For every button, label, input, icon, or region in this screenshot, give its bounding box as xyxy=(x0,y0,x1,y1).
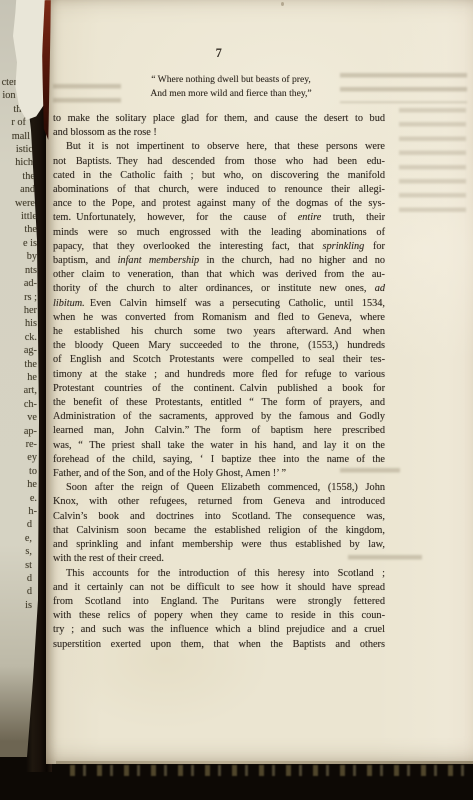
page-fragment: art, xyxy=(0,384,40,397)
text-line: abominations of that church, were induce… xyxy=(53,183,385,197)
italic-phrase: infant membership xyxy=(118,255,200,266)
text-run: Calvin’s book and doctrines into Scotlan… xyxy=(53,511,385,522)
epigraph: “ Where nothing dwell but beasts of prey… xyxy=(65,73,397,101)
italic-phrase: ad xyxy=(375,283,385,294)
text-line: was, “ The priest shall take the water i… xyxy=(53,439,385,453)
text-run: and it certainly can not be difficult to… xyxy=(53,582,385,593)
text-run: when he was converted from Romanism and … xyxy=(53,312,385,323)
text-line: But it is not impertinent to observe her… xyxy=(53,140,385,154)
text-line: Administration of the sacraments, approv… xyxy=(53,410,385,424)
page-fragment: ittle xyxy=(0,210,40,223)
text-line: baptism, and infant membership in the ch… xyxy=(53,254,385,268)
body-text: to make the solitary place glad for them… xyxy=(53,112,385,652)
text-run: minds were so much engrossed with the le… xyxy=(53,227,385,238)
text-run: was, “ The priest shall take the water i… xyxy=(53,440,385,451)
page-fragment: rs ; xyxy=(0,291,40,304)
page-fragment: ag- xyxy=(0,344,40,357)
epigraph-line: And men more wild and fierce than they,” xyxy=(65,87,397,101)
text-line: Calvin’s book and doctrines into Scotlan… xyxy=(53,510,385,524)
italic-phrase: libitum. xyxy=(53,298,85,309)
text-run: truth, their xyxy=(321,212,385,223)
page-fragment: ey xyxy=(0,451,40,464)
text-line: that Calvinism soon became the establish… xyxy=(53,524,385,538)
text-run: and blossom as the rose ! xyxy=(53,127,157,138)
text-run: Protestant countries of the continent. C… xyxy=(53,383,385,394)
main-page: 7 “ Where nothing dwell but beasts of pr… xyxy=(46,0,473,764)
text-line: when he was converted from Romanism and … xyxy=(53,311,385,325)
text-run: not Baptists. They had descended from th… xyxy=(53,156,385,167)
text-run: thority of the church to alter ordinance… xyxy=(53,283,375,294)
text-paragraph: to make the solitary place glad for them… xyxy=(53,112,385,140)
text-line: the benefit of these Protestants, entitl… xyxy=(53,396,385,410)
page-fragment: he xyxy=(0,371,40,384)
text-run: Father, and of the Son, and of the Holy … xyxy=(53,468,286,479)
text-line: learned man, John Calvin.” The form of b… xyxy=(53,424,385,438)
text-run: Administration of the sacraments, approv… xyxy=(53,411,385,422)
text-line: minds were so much engrossed with the le… xyxy=(53,226,385,240)
fore-edge-flecks xyxy=(70,765,473,776)
dust-speck xyxy=(281,2,284,6)
page-fragment: and xyxy=(0,183,40,196)
text-paragraph: This accounts for the introduction of th… xyxy=(53,567,385,652)
text-run: This accounts for the introduction of th… xyxy=(66,568,385,579)
page-fragment: the xyxy=(0,358,40,371)
text-run: the bloody Queen Mary succeeded to the t… xyxy=(53,340,385,351)
text-line: and it certainly can not be difficult to… xyxy=(53,581,385,595)
page-fragment: he xyxy=(0,478,40,491)
text-run: But it is not impertinent to observe her… xyxy=(66,141,385,152)
text-run: with these relics of popery when they ca… xyxy=(53,610,385,621)
page-fragment: ch- xyxy=(0,398,40,411)
text-line: timony at the stake ; and hundreds more … xyxy=(53,368,385,382)
page-fragment: the xyxy=(0,223,40,236)
text-run: learned man, John Calvin.” The form of b… xyxy=(53,425,385,436)
page-fragment: e, xyxy=(0,532,40,545)
text-line: try ; and such was the influence which a… xyxy=(53,623,385,637)
text-run: the benefit of these Protestants, entitl… xyxy=(53,397,385,408)
page-fragment: is xyxy=(0,599,40,612)
text-run: cated in the Catholic faith ; but who, o… xyxy=(53,170,385,181)
text-line: from Scotland into England. The Puritans… xyxy=(53,595,385,609)
page-fragment: to xyxy=(0,465,40,478)
text-paragraph: Soon after the reign of Queen Elizabeth … xyxy=(53,481,385,566)
text-run: try ; and such was the influence which a… xyxy=(53,624,385,635)
page-fragment: ad- xyxy=(0,277,40,290)
text-line: Soon after the reign of Queen Elizabeth … xyxy=(53,481,385,495)
text-run: that Calvinism soon became the establish… xyxy=(53,525,385,536)
text-line: Father, and of the Son, and of the Holy … xyxy=(53,467,385,481)
text-line: he established his church some two years… xyxy=(53,325,385,339)
book-photo-backdrop: { "colors": { "paper": "#ebe5d1", "facin… xyxy=(0,0,473,800)
text-run: Knox, with other refugees, returned from… xyxy=(53,496,385,507)
text-line: papacy, that they overlooked the interes… xyxy=(53,240,385,254)
text-line: libitum. Even Calvin himself was a perse… xyxy=(53,297,385,311)
text-run: timony at the stake ; and hundreds more … xyxy=(53,369,385,380)
page-fragment: d xyxy=(0,585,40,598)
text-line: and blossom as the rose ! xyxy=(53,126,385,140)
page-fragment: e is xyxy=(0,237,40,250)
page-fragment: s, xyxy=(0,545,40,558)
text-line: other claim to veneration, than that whi… xyxy=(53,268,385,282)
page-fragment: d xyxy=(0,572,40,585)
text-line: Protestant countries of the continent. C… xyxy=(53,382,385,396)
text-paragraph: But it is not impertinent to observe her… xyxy=(53,140,385,481)
page-fragment: h- xyxy=(0,505,40,518)
text-run: and sprinkling and infant membership wer… xyxy=(53,539,385,550)
page-fragment: ck. xyxy=(0,331,40,344)
text-run: superstition exerted upon them, that whe… xyxy=(53,639,385,650)
text-line: superstition exerted upon them, that whe… xyxy=(53,638,385,652)
page-fragment: st xyxy=(0,559,40,572)
page-fragment: were xyxy=(0,197,40,210)
page-number: 7 xyxy=(53,46,385,61)
text-line: This accounts for the introduction of th… xyxy=(53,567,385,581)
page-fragment: her xyxy=(0,304,40,317)
text-line: Knox, with other refugees, returned from… xyxy=(53,495,385,509)
italic-phrase: entire xyxy=(298,212,322,223)
text-run: other claim to veneration, than that whi… xyxy=(53,269,385,280)
page-fragment: by xyxy=(0,250,40,263)
page-fragment: his xyxy=(0,317,40,330)
text-line: of English and Scotch Protestants were c… xyxy=(53,353,385,367)
text-line: cated in the Catholic faith ; but who, o… xyxy=(53,169,385,183)
text-line: and sprinkling and infant membership wer… xyxy=(53,538,385,552)
text-run: tem. Unfortunately, however, for the cau… xyxy=(53,212,298,223)
text-run: Soon after the reign of Queen Elizabeth … xyxy=(66,482,385,493)
text-run: abominations of that church, were induce… xyxy=(53,184,385,195)
page-fragment: ve xyxy=(0,411,40,424)
text-run: to make the solitary place glad for them… xyxy=(53,113,385,124)
page-fragment: e. xyxy=(0,492,40,505)
text-line: thority of the church to alter ordinance… xyxy=(53,282,385,296)
page-fragment: ap- xyxy=(0,425,40,438)
text-run: baptism, and xyxy=(53,255,118,266)
text-line: with these relics of popery when they ca… xyxy=(53,609,385,623)
text-line: to make the solitary place glad for them… xyxy=(53,112,385,126)
text-line: not Baptists. They had descended from th… xyxy=(53,155,385,169)
epigraph-line: “ Where nothing dwell but beasts of prey… xyxy=(65,73,397,87)
text-line: with the rest of their creed. xyxy=(53,552,385,566)
text-run: ance to the Pope, and protest against ma… xyxy=(53,198,385,209)
text-run: with the rest of their creed. xyxy=(53,553,164,564)
text-run: of English and Scotch Protestants were c… xyxy=(53,354,385,365)
text-run: in the church, had no higher and no xyxy=(199,255,385,266)
text-run: he established his church some two years… xyxy=(53,326,385,337)
text-line: forehead of the child, saying, ‘ I bapti… xyxy=(53,453,385,467)
page-fragment: d xyxy=(0,518,40,531)
italic-phrase: sprinkling xyxy=(323,241,365,252)
text-run: forehead of the child, saying, ‘ I bapti… xyxy=(53,454,385,465)
page-fragment: re- xyxy=(0,438,40,451)
page-fragment: nts xyxy=(0,264,40,277)
text-line: ance to the Pope, and protest against ma… xyxy=(53,197,385,211)
text-line: the bloody Queen Mary succeeded to the t… xyxy=(53,339,385,353)
show-through-smudge xyxy=(399,108,466,214)
text-run: from Scotland into England. The Puritans… xyxy=(53,596,385,607)
text-run: Even Calvin himself was a persecuting Ca… xyxy=(85,298,385,309)
text-run: papacy, that they overlooked the interes… xyxy=(53,241,323,252)
text-line: tem. Unfortunately, however, for the cau… xyxy=(53,211,385,225)
text-run: for xyxy=(364,241,385,252)
